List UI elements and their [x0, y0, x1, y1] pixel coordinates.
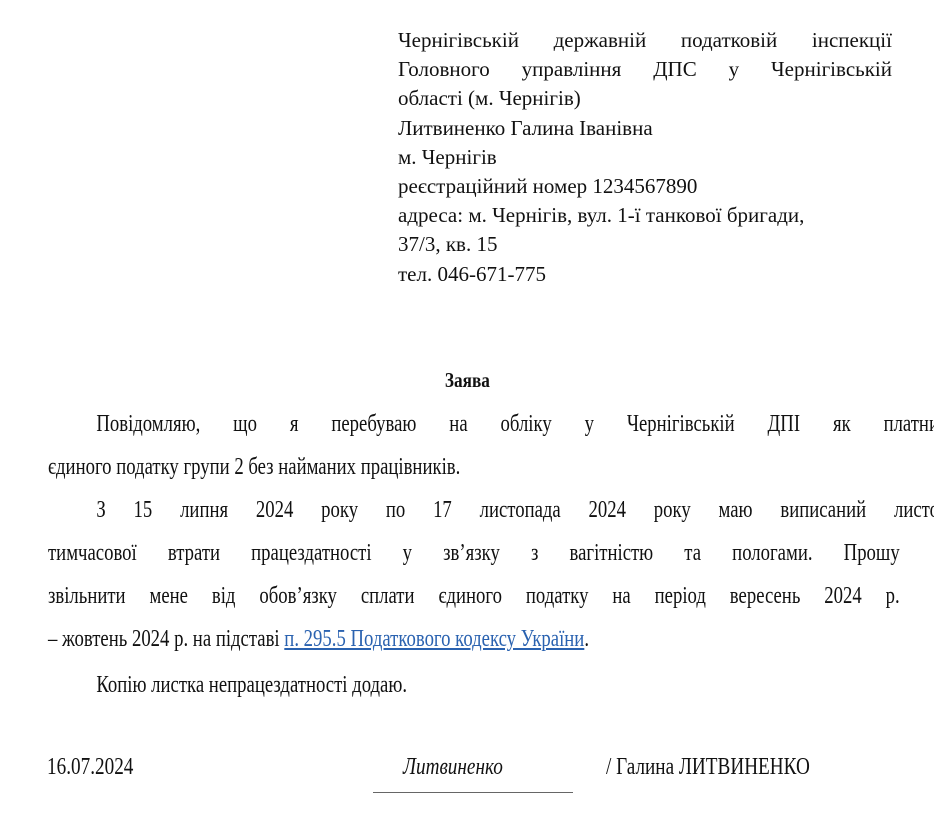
paragraph-3: Копію листка непрацездатності додаю. — [48, 670, 900, 700]
paragraph-2-line-4: – жовтень 2024 р. на підставі п. 295.5 П… — [48, 624, 900, 654]
recipient-line-1: Чернігівськійдержавнійподатковійінспекці… — [398, 26, 892, 55]
recipient-line-3: області (м. Чернігів) — [398, 84, 892, 113]
tax-code-link[interactable]: п. 295.5 Податкового кодексу України — [284, 626, 584, 652]
document-date: 16.07.2024 — [47, 754, 155, 781]
period-text: . — [584, 626, 589, 652]
document-title-text: Заява — [445, 368, 490, 393]
paragraph-2-line-2: тимчасовоївтратипрацездатностіузв’язкузв… — [48, 538, 900, 568]
phone: тел. 046-671-775 — [398, 260, 892, 289]
address-line-1: адреса: м. Чернігів, вул. 1-ї танкової б… — [398, 201, 892, 230]
paragraph-2-line-1: З15липня2024рокупо17листопада2024рокумаю… — [48, 495, 900, 525]
paragraph-1-line-1: Повідомляю,щояперебуваюнаоблікууЧернігів… — [48, 409, 900, 439]
applicant-city: м. Чернігів — [398, 143, 892, 172]
recipient-block: Чернігівськійдержавнійподатковійінспекці… — [398, 26, 892, 289]
address-line-2: 37/3, кв. 15 — [398, 230, 892, 259]
recipient-line-2: ГоловногоуправлінняДПСуЧернігівській — [398, 55, 892, 84]
paragraph-1-line-2: єдиного податку групи 2 без найманих пра… — [48, 452, 900, 482]
signature-line — [373, 792, 573, 793]
document-title: Заява — [0, 368, 934, 393]
signer-name: / Галина ЛИТВИНЕНКО — [606, 754, 861, 781]
basis-text: – жовтень 2024 р. на підставі — [48, 626, 284, 652]
paragraph-2-line-3: звільнитименевідобов’язкусплатиєдиногопо… — [48, 581, 900, 611]
registration-number: реєстраційний номер 1234567890 — [398, 172, 892, 201]
signature: Литвиненко — [403, 754, 528, 781]
applicant-name: Литвиненко Галина Іванівна — [398, 114, 892, 143]
